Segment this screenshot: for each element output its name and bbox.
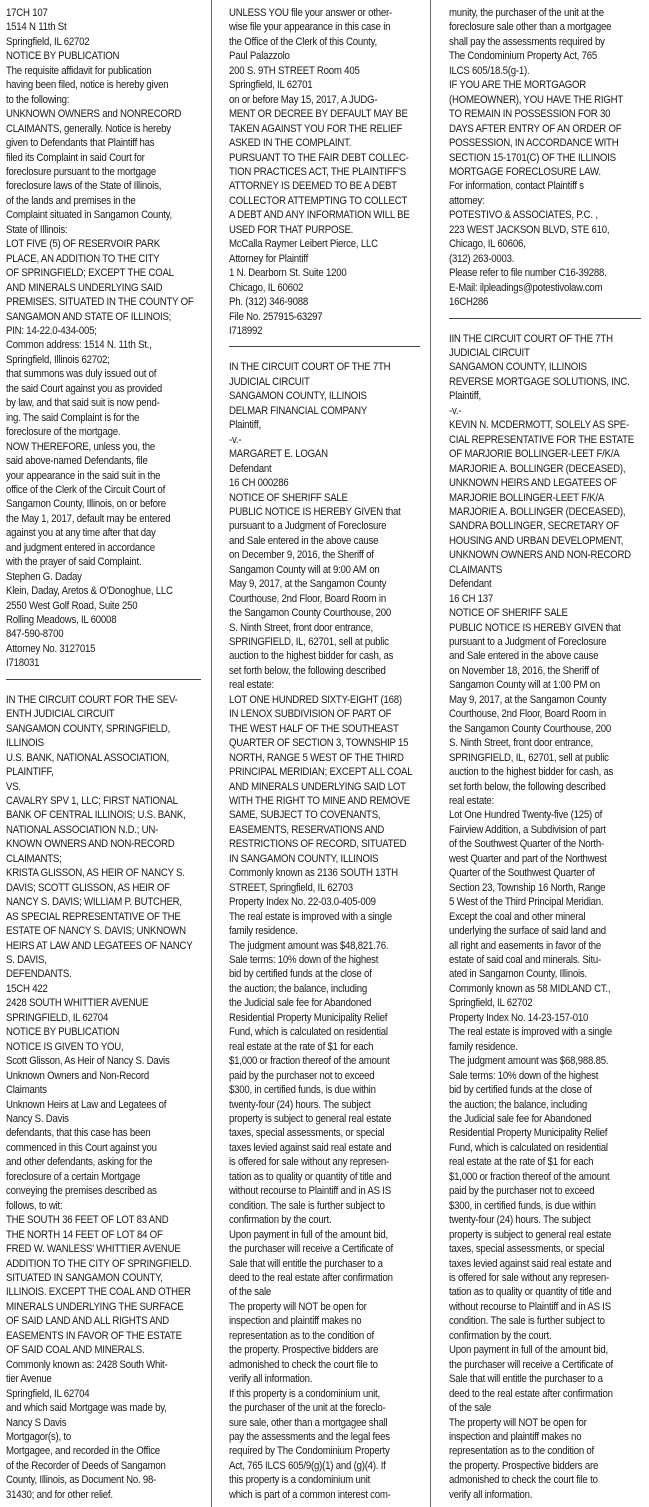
notice-text-line: NOTICE OF SHERIFF SALE	[449, 606, 619, 620]
notice-text-line: Sale that will entitle the purchaser to …	[449, 1372, 619, 1386]
notice-text-line: condition. The sale is further subject t…	[229, 1199, 398, 1213]
notice-text-line: against you at any time after that day	[6, 526, 179, 540]
notice-text-line: RESTRICTIONS OF RECORD, SITUATED	[229, 837, 398, 851]
notice-text-line: confirmation by the court.	[229, 1213, 398, 1227]
notice-text-line: UNKNOWN OWNERS and NONRECORD	[6, 107, 179, 121]
notice-text-line: Nancy S Davis	[6, 1416, 179, 1430]
notice-text-line: bid by certified funds at the close of	[449, 1083, 619, 1097]
notice-text-line: File No. 257915-63297	[229, 310, 398, 324]
notice-text-line: of the Southwest Quarter of the North-	[449, 837, 619, 851]
notice-text-line: Commonly known as: 2428 South Whit-	[6, 1358, 179, 1372]
notice-text-line: twenty-four (24) hours. The subject	[229, 1098, 398, 1112]
notice-text-line: ESTATE OF NANCY S. DAVIS; UNKNOWN	[6, 924, 179, 938]
notice-text-line: to the following:	[6, 93, 179, 107]
notice-text-line: paid by the purchaser not to exceed	[449, 1184, 619, 1198]
notice-text-line: wise file your appearance in this case i…	[229, 20, 398, 34]
notice-text-line: LOT ONE HUNDRED SIXTY-EIGHT (168)	[229, 693, 398, 707]
notice-text-line: TION PRACTICES ACT, THE PLAINTIFF'S	[229, 165, 398, 179]
notice-text-line: real estate at the rate of $1 for each	[229, 1040, 398, 1054]
notice-text-line: S. Ninth Street, front door entrance,	[229, 621, 398, 635]
notice-text-line: Sangamon County will at 1:00 PM on	[449, 678, 619, 692]
notice-text-line: attorney:	[449, 194, 619, 208]
notice-text-line: SANGAMON AND STATE OF ILLINOIS;	[6, 310, 179, 324]
legal-notice: IIN THE CIRCUIT COURT OF THE 7THJUDICIAL…	[449, 332, 647, 1503]
notice-text-line: OF SPRINGFIELD; EXCEPT THE COAL	[6, 266, 179, 280]
notice-text-line: and other defendants, asking for the	[6, 1155, 179, 1169]
legal-notice: 17CH 1071514 N 11th StSpringfield, IL 62…	[6, 6, 207, 671]
notice-text-line: ated in Sangamon County, Illinois.	[449, 967, 619, 981]
notice-text-line: on or before May 15, 2017, A JUDG-	[229, 93, 398, 107]
notice-text-line: Except the coal and other mineral	[449, 910, 619, 924]
notice-text-line: family residence.	[229, 924, 398, 938]
notice-text-line: IN LENOX SUBDIVISION OF PART OF	[229, 707, 398, 721]
notice-text-line: foreclosure of a certain Mortgage	[6, 1170, 179, 1184]
notice-text-line: Property Index No. 22-03.0-405-009	[229, 895, 398, 909]
notice-text-line: Springfield, IL 62702	[449, 996, 619, 1010]
notice-text-line: of the Recorder of Deeds of Sangamon	[6, 1459, 179, 1473]
notice-text-line: ILCS 605/18.5(g-1).	[449, 64, 619, 78]
notice-text-line: Section 23, Township 16 North, Range	[449, 881, 619, 895]
notice-text-line: IN SANGAMON COUNTY, ILLINOIS	[229, 852, 398, 866]
notice-text-line: County, Illinois, as Document No. 98-	[6, 1473, 179, 1487]
notice-text-line: NATIONAL ASSOCIATION N.D.; UN-	[6, 823, 179, 837]
notice-text-line: McCalla Raymer Leibert Pierce, LLC	[229, 237, 398, 251]
notice-text-line: KRISTA GLISSON, AS HEIR OF NANCY S.	[6, 866, 179, 880]
notice-text-line: PURSUANT TO THE FAIR DEBT COLLEC-	[229, 151, 398, 165]
notice-text-line: NANCY S. DAVIS; WILLIAM P. BUTCHER,	[6, 895, 179, 909]
notice-text-line: Defendant	[449, 577, 619, 591]
notice-text-line: UNKNOWN OWNERS AND NON-RECORD	[449, 548, 619, 562]
notice-text-line: CLAIMANTS;	[6, 852, 179, 866]
notice-text-line: defendants, that this case has been	[6, 1126, 179, 1140]
notice-text-line: KNOWN OWNERS AND NON-RECORD	[6, 837, 179, 851]
notice-text-line: NORTH, RANGE 5 WEST OF THE THIRD	[229, 751, 398, 765]
notice-text-line: 1514 N 11th St	[6, 20, 179, 34]
notice-text-line: STREET, Springfield, IL 62703	[229, 881, 398, 895]
notice-text-line: foreclosure of the mortgage.	[6, 425, 179, 439]
legal-notice: IN THE CIRCUIT COURT OF THE 7THJUDICIAL …	[229, 360, 426, 1502]
notice-text-line: verify all information.	[449, 1488, 619, 1502]
notice-text-line: FRED W. WANLESS' WHITTIER AVENUE	[6, 1242, 179, 1256]
notice-text-line: IN THE CIRCUIT COURT FOR THE SEV-	[6, 693, 179, 707]
notice-text-line: NOTICE OF SHERIFF SALE	[229, 491, 398, 505]
notice-text-line: SANGAMON COUNTY, ILLINOIS	[229, 389, 398, 403]
notice-text-line: property is subject to general real esta…	[449, 1228, 619, 1242]
notice-text-line: (HOMEOWNER), YOU HAVE THE RIGHT	[449, 93, 619, 107]
notice-text-line: is offered for sale without any represen…	[449, 1271, 619, 1285]
notice-text-line: taxes, special assessments, or special	[449, 1242, 619, 1256]
notice-text-line: JUDICIAL CIRCUIT	[449, 346, 619, 360]
notice-text-line: HOUSING AND URBAN DEVELOPMENT,	[449, 534, 619, 548]
notice-text-line: DAYS AFTER ENTRY OF AN ORDER OF	[449, 122, 619, 136]
notice-text-line: 17CH 107	[6, 6, 179, 20]
notice-text-line: BANK OF CENTRAL ILLINOIS; U.S. BANK,	[6, 808, 179, 822]
notice-text-line: deed to the real estate after confirmati…	[449, 1387, 619, 1401]
notice-text-line: SANGAMON COUNTY, ILLINOIS	[449, 360, 619, 374]
notice-text-line: Common address: 1514 N. 11th St.,	[6, 338, 179, 352]
notice-text-line: the Sangamon County Courthouse, 200	[449, 722, 619, 736]
notice-text-line: IN THE CIRCUIT COURT OF THE 7TH	[229, 360, 398, 374]
notice-text-line: Property Index No. 14-23-157-010	[449, 1011, 619, 1025]
notice-text-line: underlying the surface of said land and	[449, 924, 619, 938]
notice-text-line: confirmation by the court.	[449, 1329, 619, 1343]
notice-text-line: the Office of the Clerk of this County,	[229, 35, 398, 49]
notice-text-line: EASEMENTS IN FAVOR OF THE ESTATE	[6, 1329, 179, 1343]
notice-text-line: Claimants	[6, 1083, 179, 1097]
notice-text-line: Plaintiff,	[229, 418, 398, 432]
notice-text-line: VS.	[6, 780, 179, 794]
notice-text-line: ATTORNEY IS DEEMED TO BE A DEBT	[229, 179, 398, 193]
notice-text-line: USED FOR THAT PURPOSE.	[229, 223, 398, 237]
notice-text-line: bid by certified funds at the close of	[229, 967, 398, 981]
notice-text-line: Springfield, IL 62704	[6, 1387, 179, 1401]
notice-text-line: the Judicial sale fee for Abandoned	[229, 996, 398, 1010]
notice-text-line: ADDITION TO THE CITY OF SPRINGFIELD.	[6, 1257, 179, 1271]
notice-text-line: this property is a condominium unit	[229, 1473, 398, 1487]
notice-text-line: munity, the purchaser of the unit at the	[449, 6, 619, 20]
notice-text-line: UNLESS YOU file your answer or other-	[229, 6, 398, 20]
notice-text-line: Chicago, IL 60606,	[449, 237, 619, 251]
notice-text-line: Mortgagor(s), to	[6, 1430, 179, 1444]
notice-text-line: twenty-four (24) hours. The subject	[449, 1213, 619, 1227]
notice-text-line: The real estate is improved with a singl…	[229, 910, 398, 924]
notice-text-line: property is subject to general real esta…	[229, 1112, 398, 1126]
notice-text-line: Fund, which is calculated on residential	[229, 1025, 398, 1039]
notice-text-line: without recourse to Plaintiff and in AS …	[229, 1184, 398, 1198]
notice-text-line: PUBLIC NOTICE IS HEREBY GIVEN that	[449, 621, 619, 635]
notice-separator-rule	[6, 679, 201, 680]
legal-notices-page: 17CH 1071514 N 11th StSpringfield, IL 62…	[0, 0, 649, 1507]
notice-text-line: pursuant to a Judgment of Foreclosure	[229, 519, 398, 533]
notice-text-line: If this property is a condominium unit,	[229, 1387, 398, 1401]
notice-text-line: May 9, 2017, at the Sangamon County	[229, 577, 398, 591]
legal-notice: munity, the purchaser of the unit at the…	[449, 6, 647, 310]
notice-text-line: real estate at the rate of $1 for each	[449, 1155, 619, 1169]
notice-text-line: follows, to wit:	[6, 1199, 179, 1213]
notice-text-line: JUDICIAL CIRCUIT	[229, 375, 398, 389]
notice-text-line: Residential Property Municipality Relief	[449, 1126, 619, 1140]
notice-text-line: west Quarter and part of the Northwest	[449, 852, 619, 866]
notice-text-line: the Judicial sale fee for Abandoned	[449, 1112, 619, 1126]
notice-text-line: The real estate is improved with a singl…	[449, 1025, 619, 1039]
notice-text-line: 223 WEST JACKSON BLVD, STE 610,	[449, 223, 619, 237]
notice-text-line: Sangamon County, Illinois, on or before	[6, 497, 179, 511]
notice-text-line: MENT OR DECREE BY DEFAULT MAY BE	[229, 107, 398, 121]
notice-text-line: MINERALS UNDERLYING THE SURFACE	[6, 1300, 179, 1314]
notice-text-line: the auction; the balance, including	[229, 982, 398, 996]
notice-text-line: ILLINOIS. EXCEPT THE COAL AND OTHER	[6, 1285, 179, 1299]
notice-text-line: AND MINERALS UNDERLYING SAID	[6, 281, 179, 295]
notice-text-line: Commonly known as 2136 SOUTH 13TH	[229, 866, 398, 880]
notice-text-line: Attorney No. 3127015	[6, 642, 179, 656]
notice-text-line: pay the assessments and the legal fees	[229, 1430, 398, 1444]
notice-text-line: of the lands and premises in the	[6, 194, 179, 208]
notice-text-line: estate of said coal and minerals. Situ-	[449, 953, 619, 967]
notice-text-line: Complaint situated in Sangamon County,	[6, 208, 179, 222]
notice-text-line: NOTICE IS GIVEN TO YOU,	[6, 1040, 179, 1054]
notice-text-line: Upon payment in full of the amount bid,	[229, 1228, 398, 1242]
notice-text-line: the said Court against you as provided	[6, 382, 179, 396]
notice-text-line: said above-named Defendants, file	[6, 454, 179, 468]
notice-text-line: State of Illinois:	[6, 223, 179, 237]
notice-text-line: 16 CH 137	[449, 592, 619, 606]
notice-text-line: PUBLIC NOTICE IS HEREBY GIVEN that	[229, 505, 398, 519]
notice-text-line: is offered for sale without any represen…	[229, 1155, 398, 1169]
notice-text-line: taxes, special assessments, or special	[229, 1126, 398, 1140]
notice-text-line: MARJORIE A. BOLLINGER (DECEASED),	[449, 462, 619, 476]
notice-text-line: Act, 765 ILCS 605/9(g)(1) and (g)(4). If	[229, 1459, 398, 1473]
notice-text-line: The requisite affidavit for publication	[6, 64, 179, 78]
notice-text-line: auction to the highest bidder for cash, …	[449, 765, 619, 779]
notice-text-line: ing. The said Complaint is for the	[6, 411, 179, 425]
notice-text-line: EASEMENTS, RESERVATIONS AND	[229, 823, 398, 837]
notice-text-line: PREMISES. SITUATED IN THE COUNTY OF	[6, 295, 179, 309]
notice-text-line: conveying the premises described as	[6, 1184, 179, 1198]
notice-text-line: QUARTER OF SECTION 3, TOWNSHIP 15	[229, 736, 398, 750]
notice-text-line: DEFENDANTS.	[6, 967, 179, 981]
notice-text-line: the purchaser will receive a Certificate…	[229, 1242, 398, 1256]
notice-text-line: S. DAVIS,	[6, 953, 179, 967]
notice-text-line: IIN THE CIRCUIT COURT OF THE 7TH	[449, 332, 619, 346]
notice-text-line: -v.-	[449, 404, 619, 418]
notice-text-line: given to Defendants that Plaintiff has	[6, 136, 179, 150]
notice-text-line: MARGARET E. LOGAN	[229, 447, 398, 461]
notice-text-line: 15CH 422	[6, 982, 179, 996]
notice-text-line: all right and easements in favor of the	[449, 939, 619, 953]
notice-text-line: NOTICE BY PUBLICATION	[6, 1025, 179, 1039]
notice-text-line: Mortgagee, and recorded in the Office	[6, 1444, 179, 1458]
notice-text-line: representation as to the condition of	[229, 1329, 398, 1343]
notice-text-line: admonished to check the court file to	[449, 1473, 619, 1487]
notice-text-line: UNKNOWN HEIRS AND LEGATEES OF	[449, 476, 619, 490]
notice-text-line: ENTH JUDICIAL CIRCUIT	[6, 707, 179, 721]
notice-text-line: Klein, Daday, Aretos & O'Donoghue, LLC	[6, 584, 179, 598]
notice-text-line: POSSESSION, IN ACCORDANCE WITH	[449, 136, 619, 150]
notice-text-line: inspection and plaintiff makes no	[229, 1314, 398, 1328]
notice-text-line: filed its Complaint in said Court for	[6, 151, 179, 165]
notice-text-line: of the sale	[449, 1401, 619, 1415]
notice-text-line: Sangamon County will at 9:00 AM on	[229, 563, 398, 577]
notice-text-line: and Sale entered in the above cause	[449, 649, 619, 663]
notice-text-line: tation as to quality or quantity of titl…	[449, 1285, 619, 1299]
column-2: UNLESS YOU file your answer or other-wis…	[211, 0, 430, 1507]
notice-text-line: Upon payment in full of the amount bid,	[449, 1343, 619, 1357]
notice-text-line: Courthouse, 2nd Floor, Board Room in	[449, 707, 619, 721]
notice-text-line: Unknown Owners and Non-Record	[6, 1069, 179, 1083]
notice-text-line: 847-590-8700	[6, 627, 179, 641]
notice-text-line: with the prayer of said Complaint.	[6, 555, 179, 569]
notice-text-line: on December 9, 2016, the Sheriff of	[229, 548, 398, 562]
notice-text-line: S. Ninth Street, front door entrance,	[449, 736, 619, 750]
notice-text-line: CIAL REPRESENTATIVE FOR THE ESTATE	[449, 433, 619, 447]
notice-text-line: COLLECTOR ATTEMPTING TO COLLECT	[229, 194, 398, 208]
notice-text-line: paid by the purchaser not to exceed	[229, 1069, 398, 1083]
notice-text-line: Fund, which is calculated on residential	[449, 1141, 619, 1155]
notice-text-line: Sale terms: 10% down of the highest	[449, 1069, 619, 1083]
notice-text-line: and judgment entered in accordance	[6, 541, 179, 555]
notice-text-line: on November 18, 2016, the Sheriff of	[449, 664, 619, 678]
notice-text-line: U.S. BANK, NATIONAL ASSOCIATION,	[6, 751, 179, 765]
notice-text-line: taxes levied against said real estate an…	[229, 1141, 398, 1155]
notice-text-line: (312) 263-0003.	[449, 252, 619, 266]
notice-text-line: PIN: 14-22.0-434-005;	[6, 324, 179, 338]
notice-text-line: REVERSE MORTGAGE SOLUTIONS, INC.	[449, 375, 619, 389]
notice-text-line: condition. The sale is further subject t…	[449, 1314, 619, 1328]
notice-text-line: Chicago, IL 60602	[229, 281, 398, 295]
notice-text-line: the property. Prospective bidders are	[229, 1343, 398, 1357]
notice-text-line: Nancy S. Davis	[6, 1112, 179, 1126]
notice-text-line: ILLINOIS	[6, 736, 179, 750]
notice-text-line: the May 1, 2017, default may be entered	[6, 512, 179, 526]
notice-text-line: which is part of a common interest com-	[229, 1488, 398, 1502]
notice-text-line: Springfield, IL 62701	[229, 78, 398, 92]
notice-text-line: verify all information.	[229, 1372, 398, 1386]
notice-text-line: Quarter of the Southwest Quarter of	[449, 866, 619, 880]
notice-text-line: Springfield, Illinois 62702;	[6, 353, 179, 367]
notice-text-line: $1,000 or fraction thereof of the amount	[449, 1170, 619, 1184]
notice-text-line: MARJORIE BOLLINGER-LEET F/K/A	[449, 491, 619, 505]
notice-text-line: and which said Mortgage was made by,	[6, 1401, 179, 1415]
notice-text-line: TAKEN AGAINST YOU FOR THE RELIEF	[229, 122, 398, 136]
notice-text-line: Springfield, IL 62702	[6, 35, 179, 49]
notice-text-line: SANDRA BOLLINGER, SECRETARY OF	[449, 519, 619, 533]
notice-text-line: foreclosure laws of the State of Illinoi…	[6, 179, 179, 193]
notice-text-line: Paul Palazzolo	[229, 49, 398, 63]
notice-text-line: HEIRS AT LAW AND LEGATEES OF NANCY	[6, 939, 179, 953]
notice-text-line: auction to the highest bidder for cash, …	[229, 649, 398, 663]
notice-text-line: CAVALRY SPV 1, LLC; FIRST NATIONAL	[6, 794, 179, 808]
notice-text-line: I718992	[229, 324, 398, 338]
notice-text-line: deed to the real estate after confirmati…	[229, 1271, 398, 1285]
notice-text-line: 31430; and for other relief.	[6, 1488, 179, 1502]
notice-text-line: SPRINGFIELD, IL, 62701, sell at public	[229, 635, 398, 649]
notice-text-line: tation as to quality or quantity of titl…	[229, 1170, 398, 1184]
notice-text-line: TO REMAIN IN POSSESSION FOR 30	[449, 107, 619, 121]
notice-text-line: real estate:	[229, 678, 398, 692]
notice-text-line: $300, in certified funds, is due within	[229, 1083, 398, 1097]
column-1: 17CH 1071514 N 11th StSpringfield, IL 62…	[0, 0, 211, 1507]
notice-text-line: representation as to the condition of	[449, 1444, 619, 1458]
notice-text-line: The property will NOT be open for	[449, 1416, 619, 1430]
notice-text-line: $1,000 or fraction thereof of the amount	[229, 1054, 398, 1068]
notice-text-line: The judgment amount was $68,988.85.	[449, 1054, 619, 1068]
notice-text-line: the auction; the balance, including	[449, 1098, 619, 1112]
notice-text-line: May 9, 2017, at the Sangamon County	[449, 693, 619, 707]
notice-text-line: Plaintiff,	[449, 389, 619, 403]
notice-text-line: SAME, SUBJECT TO COVENANTS,	[229, 808, 398, 822]
notice-text-line: of the sale	[229, 1285, 398, 1299]
notice-text-line: Defendant	[229, 462, 398, 476]
notice-text-line: PRINCIPAL MERIDIAN; EXCEPT ALL COAL	[229, 765, 398, 779]
notice-text-line: Courthouse, 2nd Floor, Board Room in	[229, 592, 398, 606]
notice-text-line: without recourse to Plaintiff and in AS …	[449, 1300, 619, 1314]
notice-text-line: THE WEST HALF OF THE SOUTHEAST	[229, 722, 398, 736]
notice-text-line: Sale that will entitle the purchaser to …	[229, 1257, 398, 1271]
notice-text-line: OF SAID COAL AND MINERALS.	[6, 1343, 179, 1357]
notice-text-line: 16CH286	[449, 295, 619, 309]
notice-text-line: A DEBT AND ANY INFORMATION WILL BE	[229, 208, 398, 222]
notice-text-line: foreclosure sale other than a mortgagee	[449, 20, 619, 34]
notice-text-line: ASKED IN THE COMPLAINT.	[229, 136, 398, 150]
column-3: munity, the purchaser of the unit at the…	[430, 0, 649, 1507]
notice-text-line: real estate:	[449, 794, 619, 808]
notice-text-line: commenced in this Court against you	[6, 1141, 179, 1155]
notice-text-line: Please refer to file number C16-39288.	[449, 266, 619, 280]
notice-text-line: DAVIS; SCOTT GLISSON, AS HEIR OF	[6, 881, 179, 895]
notice-text-line: LOT FIVE (5) OF RESERVOIR PARK	[6, 237, 179, 251]
notice-text-line: IF YOU ARE THE MORTGAGOR	[449, 78, 619, 92]
notice-text-line: Sale terms: 10% down of the highest	[229, 953, 398, 967]
notice-text-line: For information, contact Plaintiff s	[449, 179, 619, 193]
legal-notice: UNLESS YOU file your answer or other-wis…	[229, 6, 426, 338]
notice-text-line: THE SOUTH 36 FEET OF LOT 83 AND	[6, 1213, 179, 1227]
notice-text-line: family residence.	[449, 1040, 619, 1054]
notice-text-line: CLAIMANTS	[449, 563, 619, 577]
notice-text-line: inspection and plaintiff makes no	[449, 1430, 619, 1444]
notice-text-line: The property will NOT be open for	[229, 1300, 398, 1314]
notice-text-line: the property. Prospective bidders are	[449, 1459, 619, 1473]
notice-text-line: Residential Property Municipality Relief	[229, 1011, 398, 1025]
notice-text-line: pursuant to a Judgment of Foreclosure	[449, 635, 619, 649]
notice-text-line: MORTGAGE FORECLOSURE LAW.	[449, 165, 619, 179]
notice-text-line: PLAINTIFF,	[6, 765, 179, 779]
notice-text-line: POTESTIVO & ASSOCIATES, P.C. ,	[449, 208, 619, 222]
notice-text-line: 16 CH 000286	[229, 476, 398, 490]
notice-text-line: PLACE, AN ADDITION TO THE CITY	[6, 252, 179, 266]
notice-text-line: SECTION 15-1701(C) OF THE ILLINOIS	[449, 151, 619, 165]
notice-text-line: SANGAMON COUNTY, SPRINGFIELD,	[6, 722, 179, 736]
notice-text-line: I718031	[6, 656, 179, 670]
notice-text-line: office of the Clerk of the Circuit Court…	[6, 483, 179, 497]
notice-text-line: OF MARJORIE BOLLINGER-LEET F/K/A	[449, 447, 619, 461]
notice-text-line: The Condominium Property Act, 765	[449, 49, 619, 63]
notice-text-line: Ph. (312) 346-9088	[229, 295, 398, 309]
notice-separator-rule	[229, 346, 420, 347]
notice-text-line: that summons was duly issued out of	[6, 367, 179, 381]
notice-text-line: Lot One Hundred Twenty-five (125) of	[449, 808, 619, 822]
notice-text-line: 200 S. 9TH STREET Room 405	[229, 64, 398, 78]
notice-text-line: set forth below, the following described	[449, 780, 619, 794]
notice-text-line: the purchaser of the unit at the foreclo…	[229, 1401, 398, 1415]
notice-text-line: 2550 West Golf Road, Suite 250	[6, 599, 179, 613]
notice-text-line: DELMAR FINANCIAL COMPANY	[229, 404, 398, 418]
notice-text-line: having been filed, notice is hereby give…	[6, 78, 179, 92]
notice-text-line: AND MINERALS UNDERLYING SAID LOT	[229, 780, 398, 794]
notice-text-line: foreclosure pursuant to the mortgage	[6, 165, 179, 179]
notice-text-line: E-Mail: ilpleadings@potestivolaw.com	[449, 281, 619, 295]
notice-text-line: 1 N. Dearborn St. Suite 1200	[229, 266, 398, 280]
notice-text-line: the purchaser will receive a Certificate…	[449, 1358, 619, 1372]
notice-separator-rule	[449, 318, 641, 319]
notice-text-line: required by The Condominium Property	[229, 1444, 398, 1458]
notice-text-line: shall pay the assessments required by	[449, 35, 619, 49]
notice-text-line: 5 West of the Third Principal Meridian.	[449, 895, 619, 909]
notice-text-line: Stephen G. Daday	[6, 570, 179, 584]
notice-text-line: SPRINGFIELD, IL, 62701, sell at public	[449, 751, 619, 765]
notice-text-line: THE NORTH 14 FEET OF LOT 84 OF	[6, 1228, 179, 1242]
notice-text-line: taxes levied against said real estate an…	[449, 1257, 619, 1271]
notice-text-line: SITUATED IN SANGAMON COUNTY,	[6, 1271, 179, 1285]
notice-text-line: Rolling Meadows, IL 60008	[6, 613, 179, 627]
notice-text-line: set forth below, the following described	[229, 664, 398, 678]
notice-text-line: by law, and that said suit is now pend-	[6, 396, 179, 410]
notice-text-line: -v.-	[229, 433, 398, 447]
notice-text-line: AS SPECIAL REPRESENTATIVE OF THE	[6, 910, 179, 924]
notice-text-line: KEVIN N. MCDERMOTT, SOLELY AS SPE-	[449, 418, 619, 432]
notice-text-line: sure sale, other than a mortgagee shall	[229, 1416, 398, 1430]
notice-text-line: Fairview Addition, a Subdivision of part	[449, 823, 619, 837]
notice-text-line: $300, in certified funds, is due within	[449, 1199, 619, 1213]
